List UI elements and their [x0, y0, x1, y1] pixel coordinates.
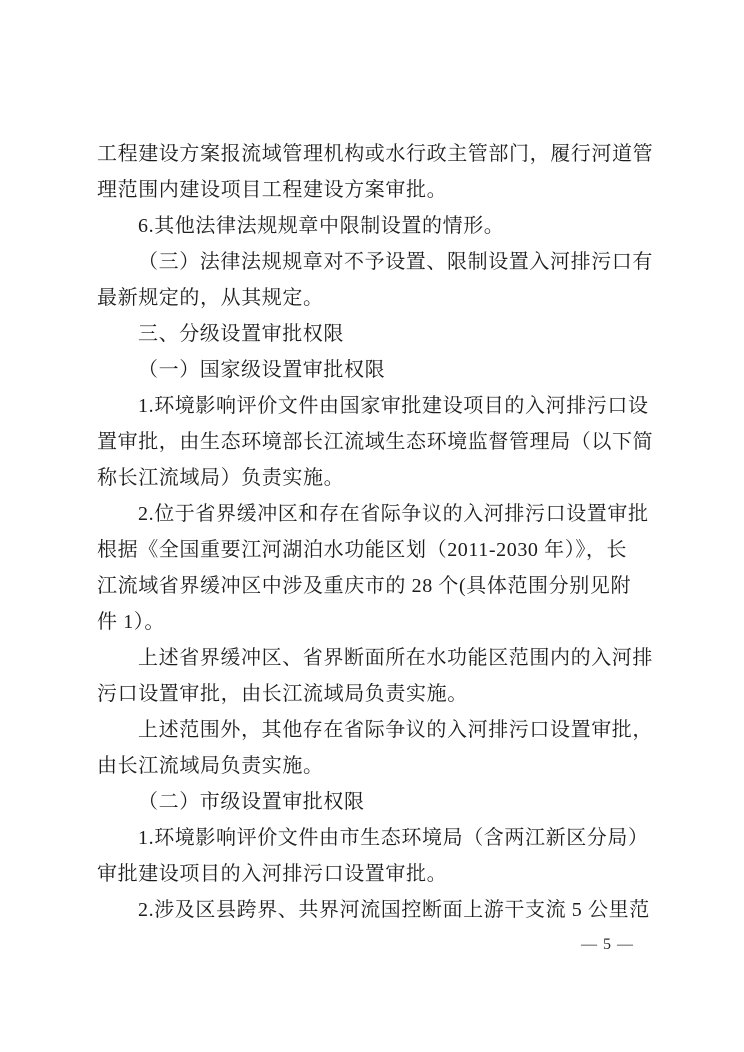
- text-line: 工程建设方案报流域管理机构或水行政主管部门，履行河道管: [97, 136, 650, 172]
- text-line: 江流域省界缓冲区中涉及重庆市的 28 个(具体范围分别见附: [97, 568, 650, 604]
- text-line: 由长江流域局负责实施。: [97, 748, 650, 784]
- document-page: 工程建设方案报流域管理机构或水行政主管部门，履行河道管理范围内建设项目工程建设方…: [0, 0, 744, 1052]
- text-line: 上述省界缓冲区、省界断面所在水功能区范围内的入河排: [97, 640, 650, 676]
- text-line: 三、分级设置审批权限: [97, 316, 650, 352]
- text-line: 1.环境影响评价文件由市生态环境局（含两江新区分局）: [97, 820, 650, 856]
- text-line: （三）法律法规规章对不予设置、限制设置入河排污口有: [97, 244, 650, 280]
- text-line: 污口设置审批，由长江流域局负责实施。: [97, 676, 650, 712]
- text-line: 上述范围外，其他存在省际争议的入河排污口设置审批，: [97, 712, 650, 748]
- text-line: 根据《全国重要江河湖泊水功能区划（2011-2030 年）》，长: [97, 532, 650, 568]
- text-line: 件 1）。: [97, 604, 650, 640]
- text-line: 置审批，由生态环境部长江流域生态环境监督管理局（以下简: [97, 424, 650, 460]
- text-line: 1.环境影响评价文件由国家审批建设项目的入河排污口设: [97, 388, 650, 424]
- text-line: 6.其他法律法规规章中限制设置的情形。: [97, 208, 650, 244]
- document-body: 工程建设方案报流域管理机构或水行政主管部门，履行河道管理范围内建设项目工程建设方…: [97, 136, 650, 928]
- text-line: 理范围内建设项目工程建设方案审批。: [97, 172, 650, 208]
- text-line: 2.涉及区县跨界、共界河流国控断面上游干支流 5 公里范: [97, 892, 650, 928]
- text-line: 称长江流域局）负责实施。: [97, 460, 650, 496]
- text-line: 最新规定的，从其规定。: [97, 280, 650, 316]
- text-line: 2.位于省界缓冲区和存在省际争议的入河排污口设置审批: [97, 496, 650, 532]
- text-line: （一）国家级设置审批权限: [97, 352, 650, 388]
- page-number: — 5 —: [581, 935, 634, 955]
- text-line: 审批建设项目的入河排污口设置审批。: [97, 856, 650, 892]
- text-line: （二）市级设置审批权限: [97, 784, 650, 820]
